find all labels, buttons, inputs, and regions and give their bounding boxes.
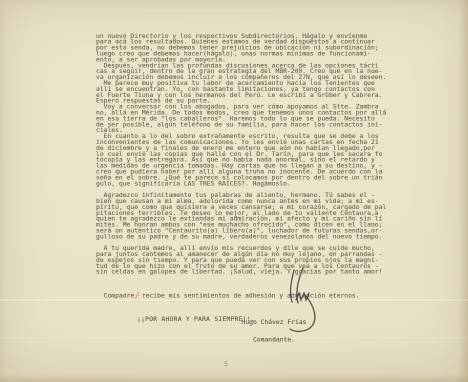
stamp-mark: 4 bbox=[135, 291, 140, 298]
paper-edge-shadow-right bbox=[458, 0, 468, 382]
letter-body: un nuevo Directorio y los respectivos Su… bbox=[96, 21, 398, 321]
letter-page: un nuevo Directorio y los respectivos Su… bbox=[0, 0, 468, 382]
letter-body-text: un nuevo Directorio y los respectivos Su… bbox=[96, 33, 400, 275]
signature-block: Hugo Chávez Frías Comandante. bbox=[213, 307, 335, 327]
signature-title: Comandante. bbox=[213, 336, 335, 342]
page-number: 5 bbox=[224, 361, 238, 371]
paper-edge-shadow-bottom bbox=[0, 374, 468, 382]
closing-line: Compadre, recibe mis sentimientos de adh… bbox=[96, 292, 400, 298]
signature-name: Hugo Chávez Frías bbox=[213, 319, 335, 325]
